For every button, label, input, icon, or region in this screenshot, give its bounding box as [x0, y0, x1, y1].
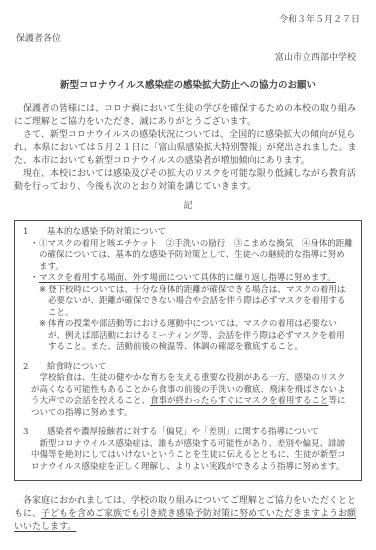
intro-paragraph-1: 保護者の皆様には、コロナ禍において生徒の学びを確保するための本校の取り組みにご理…: [14, 103, 362, 129]
bullet-marker: ・: [30, 239, 39, 274]
note-marker: ※: [39, 285, 48, 320]
section-1-title: 基本的な感染予防対策について: [47, 227, 166, 239]
section-2-title: 給食時について: [47, 362, 106, 374]
section-1-note-1: ※ 登下校時については、十分な身体的距離が確保できる場合は、マスクの着用は必要な…: [39, 285, 353, 320]
section-3-title: 感染者や濃厚接触者に対する「偏見」や「差別」に関する指導について: [47, 427, 319, 439]
bullet-marker: ・: [30, 273, 39, 285]
closing-paragraph: 各家庭におかれましては、学校の取り組みについてご理解とご協力をいただくとともに、…: [14, 495, 362, 534]
section-2-body: 学校給食は、生徒の健やかな育ちを支える重要な役割がある一方、感染のリスクが高くな…: [31, 373, 353, 419]
measures-box: 1 基本的な感染予防対策について ・ ①マスクの着用と咳エチケット ②手洗いの励…: [14, 220, 362, 481]
document-title: 新型コロナウイルス感染症の感染拡大防止への協力のお願い: [14, 79, 362, 92]
closing-underlined: 子どもを含めご家族でも引き続き感染予防対策に努めていただきますようお願いいたしま…: [14, 509, 356, 532]
intro-paragraph-2: さて、新型コロナウイルスの感染状況については、全国的に感染拡大の傾向が見られ、本…: [14, 129, 362, 168]
ki-marker: 記: [14, 200, 362, 213]
intro-paragraph-3: 現在、本校においては感染及びその拡大のリスクを可能な限り低減しながら教育活動を行…: [14, 168, 362, 194]
section-1-bullet-1-text: ①マスクの着用と咳エチケット ②手洗いの励行 ③こまめな換気 ④身体的距離の確保…: [39, 239, 353, 274]
document-page: 令和３年５月２７日 保護者各位 富山市立西部中学校 新型コロナウイルス感染症の感…: [0, 0, 376, 550]
note-marker: ※: [39, 319, 48, 354]
section-2-number: 2: [23, 362, 47, 374]
section-3-number: 3: [23, 427, 47, 439]
section-2-body-underlined: 食事が終わったらすぐにマスクを着用すること: [150, 396, 328, 406]
section-1-bullet-2-text-underlined: マスクを着用する場面、外す場面について具体的に繰り返し指導に努めます。: [39, 273, 353, 285]
school-name: 富山市立西部中学校: [14, 52, 356, 65]
section-1-bullet-1: ・ ①マスクの着用と咳エチケット ②手洗いの励行 ③こまめな換気 ④身体的距離の…: [30, 239, 353, 274]
section-1-note-1-text: 登下校時については、十分な身体的距離が確保できる場合は、マスクの着用は必要ないが…: [48, 285, 353, 320]
section-3-body: 新型コロナウイルス感染症は、誰もが感染する可能性があり、差別や偏見、誹謗中傷等を…: [31, 439, 353, 474]
section-1-number: 1: [23, 227, 47, 239]
section-basic-prevention: 1 基本的な感染予防対策について ・ ①マスクの着用と咳エチケット ②手洗いの励…: [23, 227, 353, 354]
addressee: 保護者各位: [16, 33, 362, 46]
section-3-heading: 3 感染者や濃厚接触者に対する「偏見」や「差別」に関する指導について: [23, 427, 353, 439]
document-date: 令和３年５月２７日: [14, 14, 360, 27]
section-discrimination-guidance: 3 感染者や濃厚接触者に対する「偏見」や「差別」に関する指導について 新型コロナ…: [23, 427, 353, 473]
section-1-heading: 1 基本的な感染予防対策について: [23, 227, 353, 239]
section-school-lunch: 2 給食時について 学校給食は、生徒の健やかな育ちを支える重要な役割がある一方、…: [23, 362, 353, 420]
section-1-note-2-text: 体育の授業や部活動等における運動中については、マスクの着用は必要ないが、例えば部…: [48, 319, 353, 354]
section-1-note-2: ※ 体育の授業や部活動等における運動中については、マスクの着用は必要ないが、例え…: [39, 319, 353, 354]
section-2-heading: 2 給食時について: [23, 362, 353, 374]
section-1-bullet-2: ・ マスクを着用する場面、外す場面について具体的に繰り返し指導に努めます。: [30, 273, 353, 285]
